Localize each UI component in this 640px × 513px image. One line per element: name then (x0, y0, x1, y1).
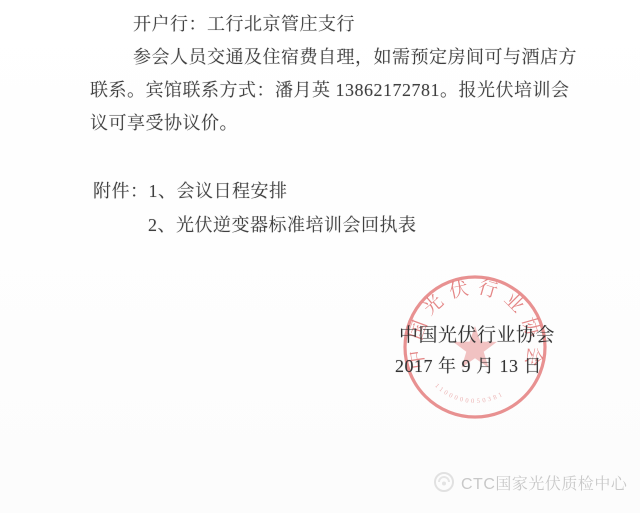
body-paragraph-line-1: 参会人员交通及住宿费自理，如需预定房间可与酒店方 (133, 46, 577, 68)
ctc-logo-icon (432, 470, 456, 494)
seal-serial-number: 1100000050381 (433, 382, 505, 405)
body-paragraph-line-3: 议可享受协议价。 (90, 112, 238, 134)
attachment-item-1: 1、会议日程安排 (149, 181, 288, 201)
scanned-letter-page: 开户行：工行北京管庄支行 参会人员交通及住宿费自理，如需预定房间可与酒店方 联系… (0, 0, 640, 513)
bank-account-line: 开户行：工行北京管庄支行 (133, 13, 355, 35)
attachments-row: 附件：1、会议日程安排 (93, 180, 288, 202)
body-paragraph-line-2: 联系。宾馆联系方式：潘月英 13862172781。报光伏培训会 (90, 79, 570, 101)
attachment-item-2: 2、光伏逆变器标准培训会回执表 (148, 214, 417, 236)
attachments-label: 附件： (93, 181, 149, 201)
signature-organization: 中国光伏行业协会 (399, 320, 555, 347)
document-date: 2017 年 9 月 13 日 (395, 352, 542, 378)
official-red-seal: 中国光伏行业协会 1100000050381 (400, 272, 550, 422)
footer-watermark: CTC国家光伏质检中心 (432, 470, 627, 494)
watermark-label: CTC国家光伏质检中心 (461, 471, 627, 494)
